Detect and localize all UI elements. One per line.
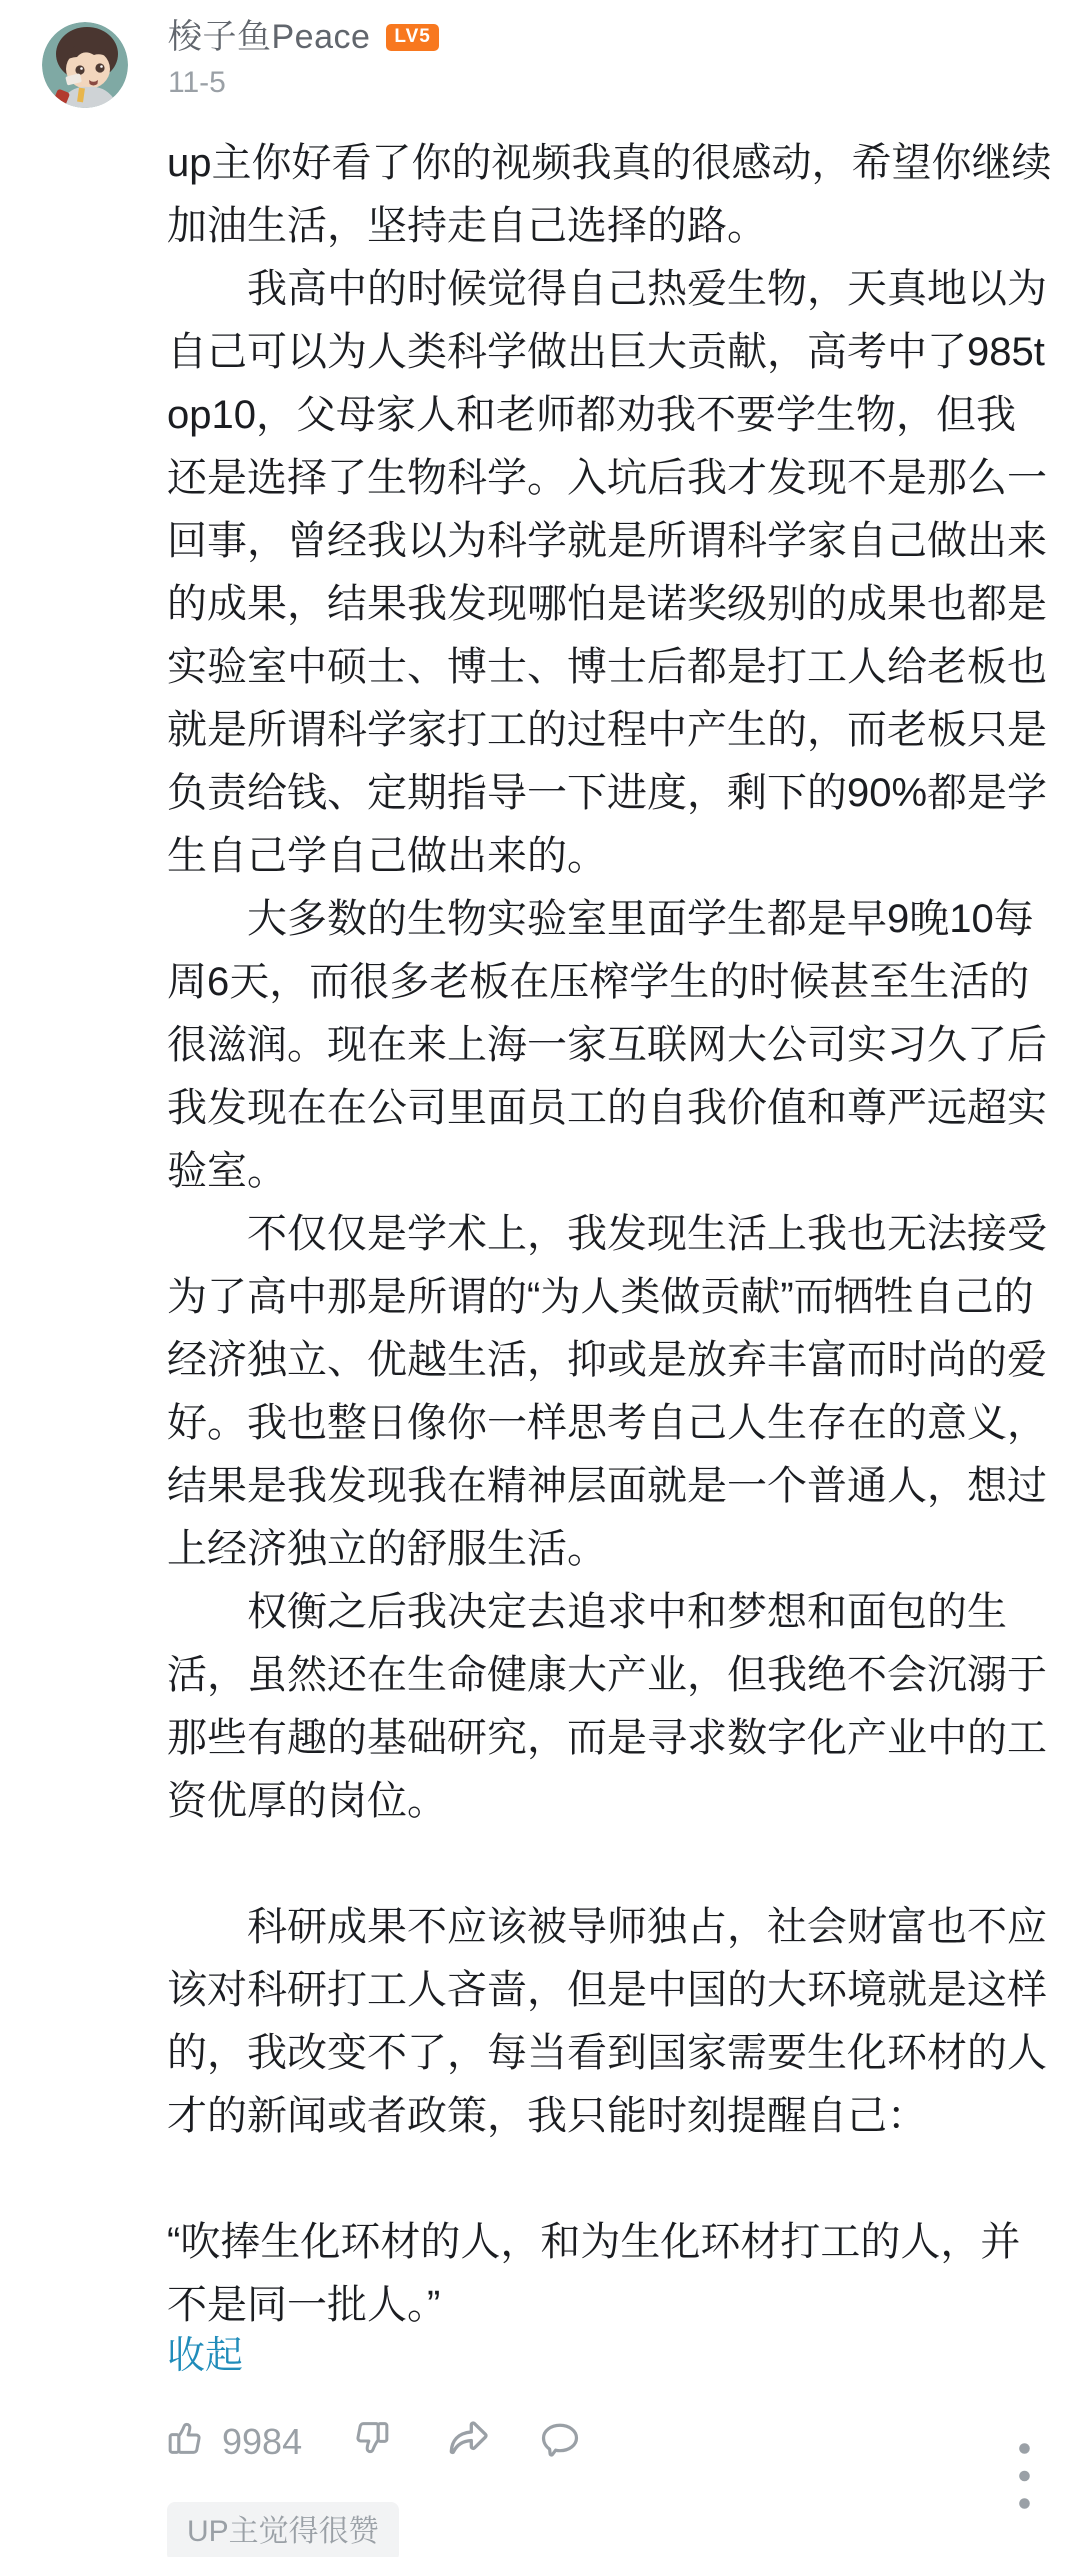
username[interactable]: 梭子鱼Peace <box>168 16 370 58</box>
uploader-liked-badge: UP主觉得很赞 <box>167 2502 399 2557</box>
comment-card: 梭子鱼Peace LV5 11-5 up主你好看了你的视频我真的很感动，希望你继… <box>0 0 1080 2557</box>
vertical-ellipsis-icon <box>1018 2442 1031 2510</box>
thumbs-down-icon <box>352 2416 392 2460</box>
collapse-link[interactable]: 收起 <box>167 2334 243 2378</box>
user-avatar[interactable] <box>42 22 128 108</box>
thumbs-up-icon <box>165 2416 205 2460</box>
avatar-illustration <box>42 22 128 108</box>
comment-text: up主你好看了你的视频我真的很感动，希望你继续加油生活，坚持走自己选择的路。 我… <box>167 132 1053 2337</box>
comment-header: 梭子鱼Peace LV5 11-5 <box>168 16 439 100</box>
author-row: 梭子鱼Peace LV5 <box>168 16 439 58</box>
dislike-button[interactable] <box>352 2416 392 2460</box>
more-options-button[interactable] <box>1018 2442 1031 2510</box>
comment-date: 11-5 <box>168 66 439 100</box>
share-arrow-icon <box>445 2416 491 2460</box>
reply-button[interactable] <box>537 2417 583 2460</box>
share-button[interactable] <box>445 2416 491 2460</box>
like-button[interactable] <box>165 2416 205 2460</box>
like-count: 9984 <box>222 2424 302 2460</box>
comment-bubble-icon <box>537 2417 583 2460</box>
user-level-badge: LV5 <box>386 24 438 51</box>
